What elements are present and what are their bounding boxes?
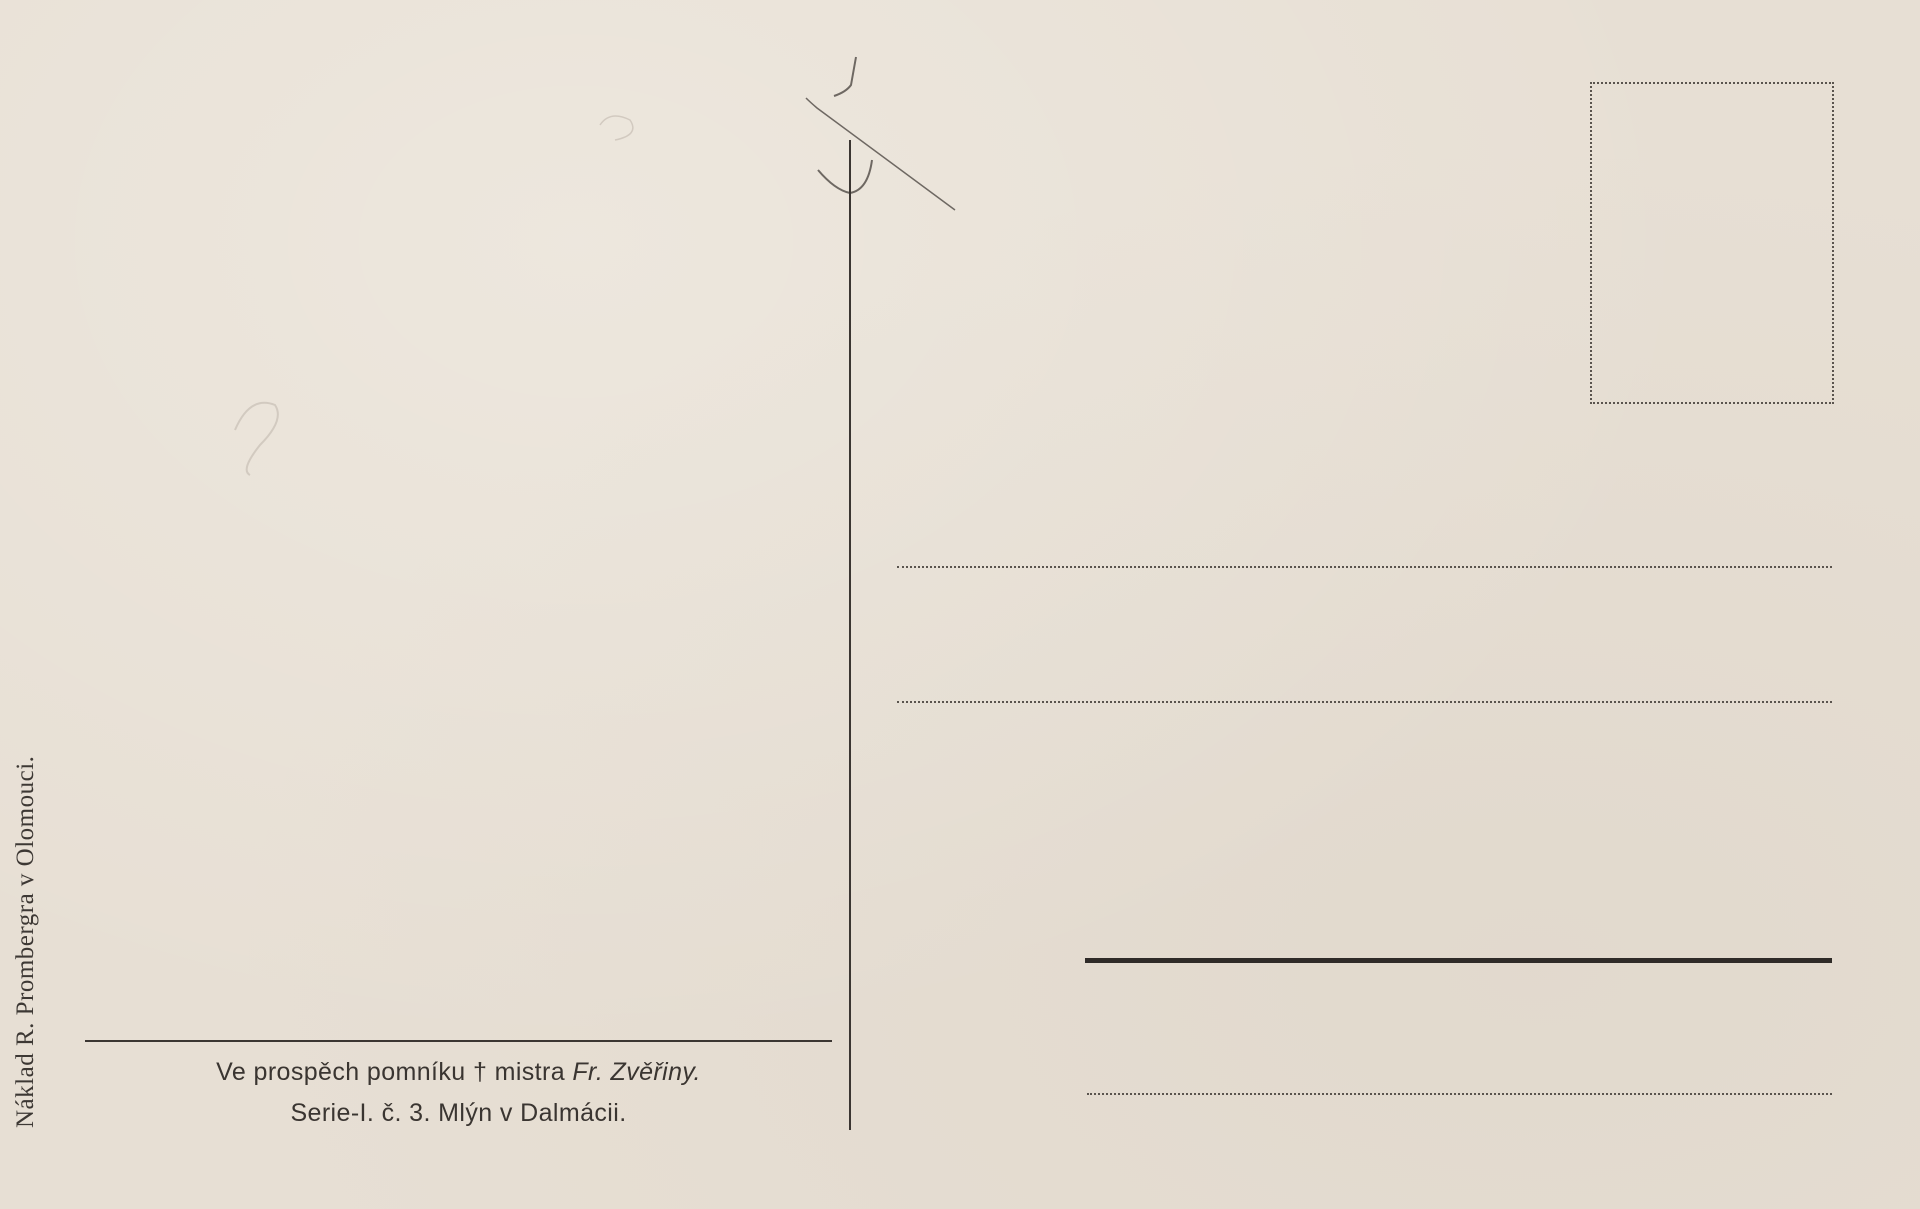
address-line-1 xyxy=(897,566,1832,568)
caption: Ve prospěch pomníku † mistra Fr. Zvěřiny… xyxy=(85,1052,832,1134)
caption-line-2: Serie-I. č. 3. Mlýn v Dalmácii. xyxy=(85,1093,832,1134)
address-line-2 xyxy=(897,701,1832,703)
address-line-4 xyxy=(1087,1093,1832,1095)
address-line-3-solid xyxy=(1085,958,1832,963)
caption-line-1: Ve prospěch pomníku † mistra Fr. Zvěřiny… xyxy=(85,1052,832,1093)
caption-line-1-italic: Fr. Zvěřiny. xyxy=(572,1058,700,1086)
stamp-box xyxy=(1590,82,1834,404)
publisher-imprint: Náklad R. Prombergra v Olomouci. xyxy=(12,756,40,1128)
caption-line-1-text: Ve prospěch pomníku † mistra xyxy=(216,1058,572,1086)
message-address-divider xyxy=(849,140,851,1130)
caption-rule xyxy=(85,1040,832,1042)
